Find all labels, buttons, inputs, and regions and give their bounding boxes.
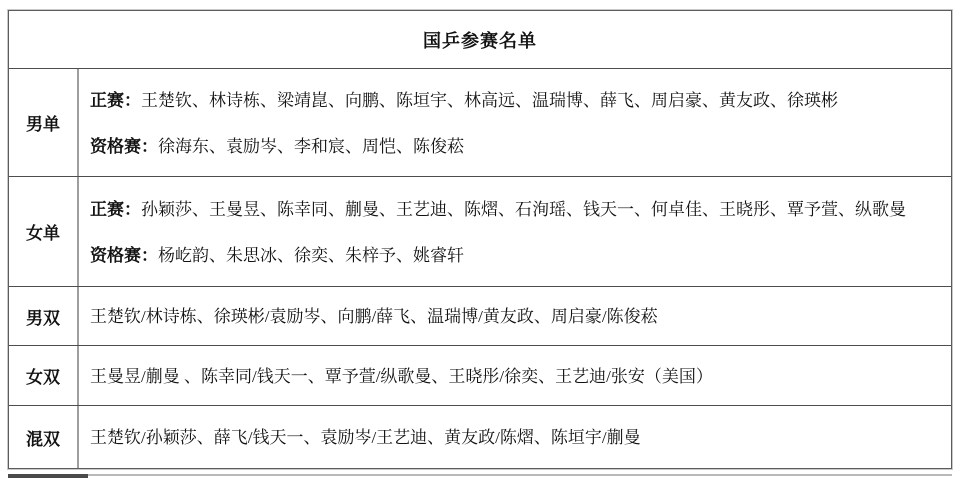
qualifying-line: 资格赛：杨屹韵、朱思冰、徐奕、朱梓予、姚睿轩 — [90, 244, 943, 268]
row-content-mixed-doubles: 王楚钦/孙颖莎、薛飞/钱天一、袁励岑/王艺迪、黄友政/陈熠、陈垣宇/蒯曼 — [79, 406, 951, 468]
row-label-mens-singles: 男单 — [9, 69, 79, 176]
row-mixed-doubles: 混双 王楚钦/孙颖莎、薛飞/钱天一、袁励岑/王艺迪、黄友政/陈熠、陈垣宇/蒯曼 — [9, 405, 951, 468]
row-mens-singles: 男单 正赛：王楚钦、林诗栋、梁靖崑、向鹏、陈垣宇、林高远、温瑞博、薛飞、周启豪、… — [9, 68, 951, 176]
main-draw-names: 王楚钦、林诗栋、梁靖崑、向鹏、陈垣宇、林高远、温瑞博、薛飞、周启豪、黄友政、徐瑛… — [141, 91, 838, 110]
qualifying-prefix: 资格赛： — [90, 246, 158, 265]
main-draw-prefix: 正赛： — [90, 91, 141, 110]
row-mens-doubles: 男双 王楚钦/林诗栋、徐瑛彬/袁励岑、向鹏/薛飞、温瑞博/黄友政、周启豪/陈俊菘 — [9, 286, 951, 345]
main-draw-line: 正赛：孙颖莎、王曼昱、陈幸同、蒯曼、王艺迪、陈熠、石洵瑶、钱天一、何卓佳、王晓彤… — [90, 198, 943, 222]
qualifying-names: 杨屹韵、朱思冰、徐奕、朱梓予、姚睿轩 — [158, 246, 464, 265]
roster-table: 国乒参赛名单 男单 正赛：王楚钦、林诗栋、梁靖崑、向鹏、陈垣宇、林高远、温瑞博、… — [8, 10, 952, 469]
row-label-mixed-doubles: 混双 — [9, 406, 79, 468]
screenshot-bottom-edge — [8, 474, 952, 476]
pairs-line: 王楚钦/林诗栋、徐瑛彬/袁励岑、向鹏/薛飞、温瑞博/黄友政、周启豪/陈俊菘 — [90, 305, 943, 329]
row-content-womens-doubles: 王曼昱/蒯曼 、陈幸同/钱天一、覃予萱/纵歌曼、王晓彤/徐奕、王艺迪/张安（美国… — [79, 346, 951, 405]
title-row: 国乒参赛名单 — [9, 11, 951, 68]
qualifying-prefix: 资格赛： — [90, 137, 158, 156]
row-label-mens-doubles: 男双 — [9, 287, 79, 345]
main-draw-line: 正赛：王楚钦、林诗栋、梁靖崑、向鹏、陈垣宇、林高远、温瑞博、薛飞、周启豪、黄友政… — [90, 89, 943, 113]
row-content-mens-singles: 正赛：王楚钦、林诗栋、梁靖崑、向鹏、陈垣宇、林高远、温瑞博、薛飞、周启豪、黄友政… — [79, 69, 951, 176]
pairs-line: 王曼昱/蒯曼 、陈幸同/钱天一、覃予萱/纵歌曼、王晓彤/徐奕、王艺迪/张安（美国… — [90, 365, 943, 389]
main-draw-names: 孙颖莎、王曼昱、陈幸同、蒯曼、王艺迪、陈熠、石洵瑶、钱天一、何卓佳、王晓彤、覃予… — [141, 200, 906, 219]
row-womens-singles: 女单 正赛：孙颖莎、王曼昱、陈幸同、蒯曼、王艺迪、陈熠、石洵瑶、钱天一、何卓佳、… — [9, 176, 951, 286]
qualifying-names: 徐海东、袁励岑、李和宸、周恺、陈俊菘 — [158, 137, 464, 156]
qualifying-line: 资格赛：徐海东、袁励岑、李和宸、周恺、陈俊菘 — [90, 135, 943, 159]
pairs-line: 王楚钦/孙颖莎、薛飞/钱天一、袁励岑/王艺迪、黄友政/陈熠、陈垣宇/蒯曼 — [90, 426, 943, 450]
row-label-womens-singles: 女单 — [9, 177, 79, 286]
row-content-womens-singles: 正赛：孙颖莎、王曼昱、陈幸同、蒯曼、王艺迪、陈熠、石洵瑶、钱天一、何卓佳、王晓彤… — [79, 177, 951, 286]
table-title: 国乒参赛名单 — [9, 11, 951, 68]
main-draw-prefix: 正赛： — [90, 200, 141, 219]
row-womens-doubles: 女双 王曼昱/蒯曼 、陈幸同/钱天一、覃予萱/纵歌曼、王晓彤/徐奕、王艺迪/张安… — [9, 345, 951, 405]
page: 国乒参赛名单 男单 正赛：王楚钦、林诗栋、梁靖崑、向鹏、陈垣宇、林高远、温瑞博、… — [0, 0, 960, 478]
row-content-mens-doubles: 王楚钦/林诗栋、徐瑛彬/袁励岑、向鹏/薛飞、温瑞博/黄友政、周启豪/陈俊菘 — [79, 287, 951, 345]
row-label-womens-doubles: 女双 — [9, 346, 79, 405]
screenshot-bottom-left-artifact — [8, 474, 88, 478]
